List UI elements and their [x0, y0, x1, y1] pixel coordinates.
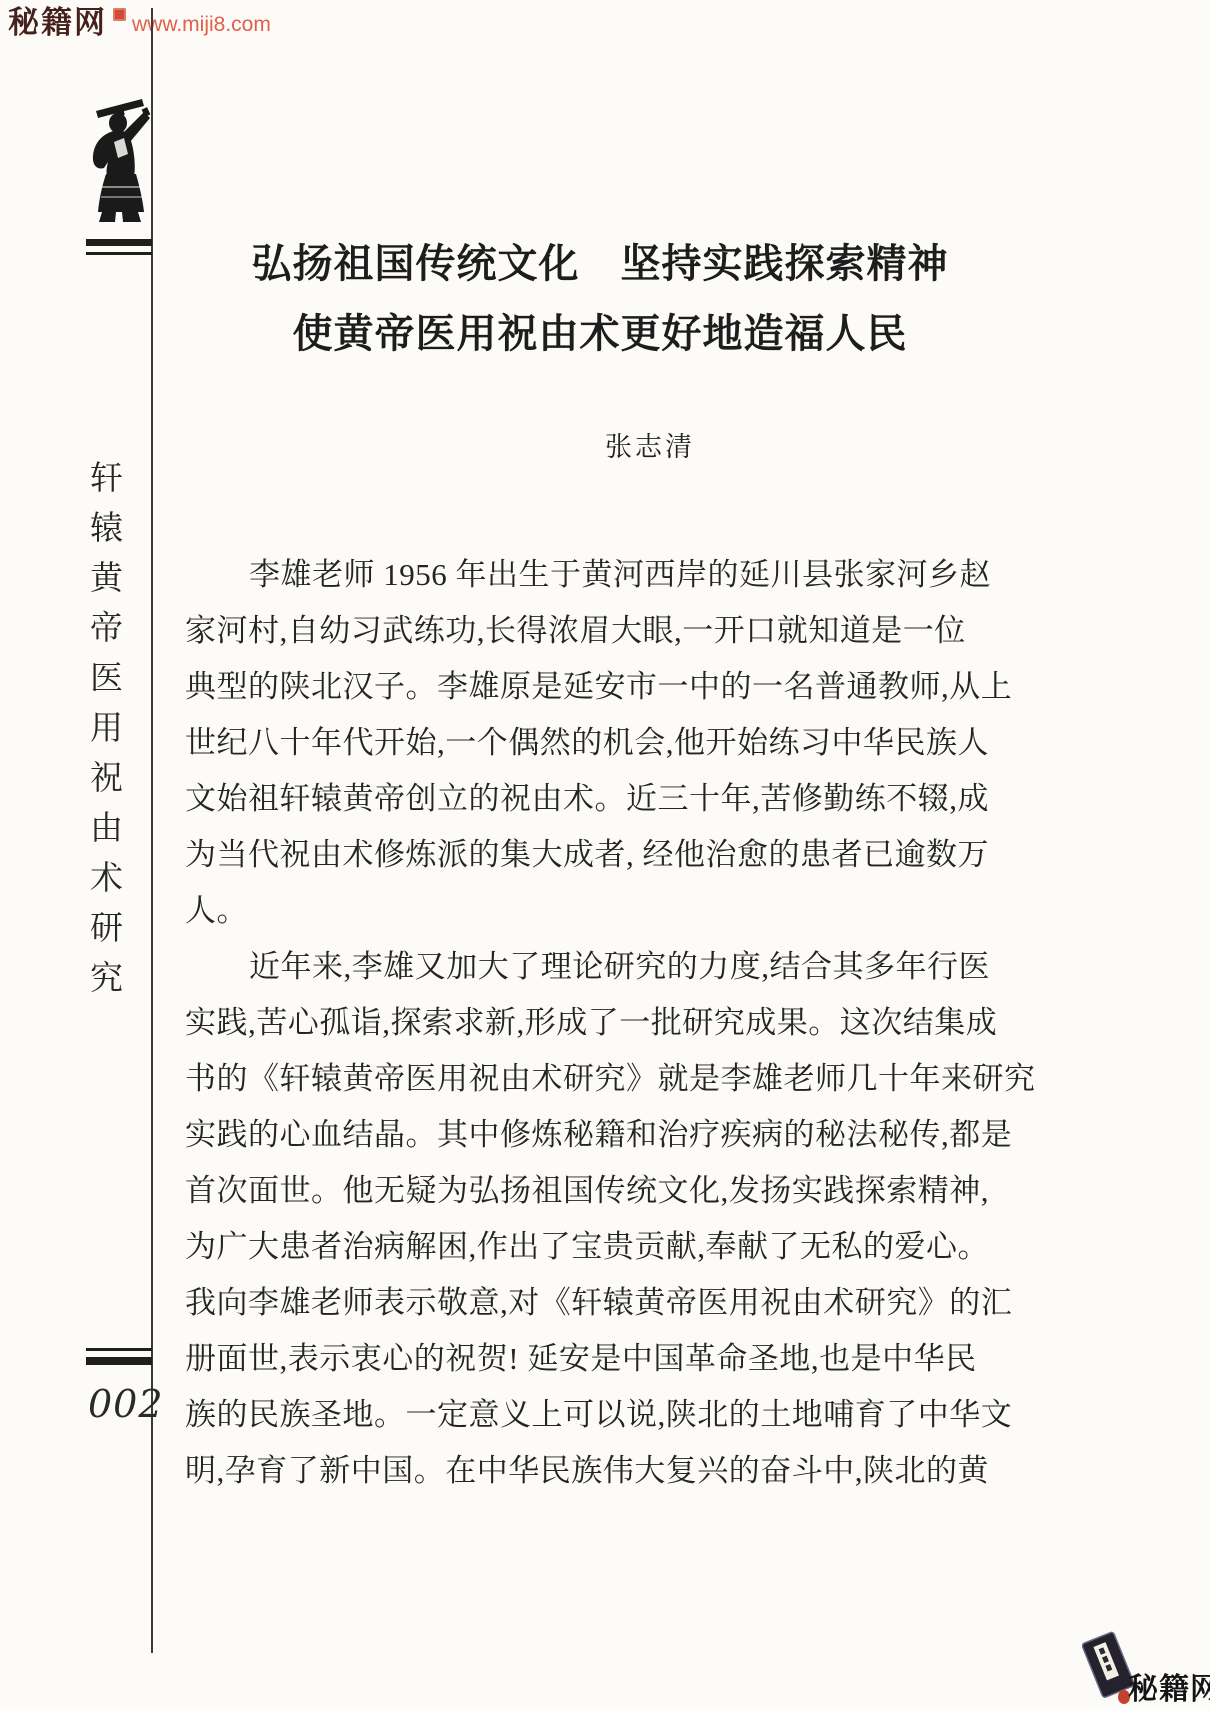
watermark-bottom: 秘籍网 [1082, 1628, 1210, 1709]
body-line: 家河村,自幼习武练功,长得浓眉大眼,一开口就知道是一位 [185, 603, 1017, 659]
watermark-bottom-site-name: 秘籍网 [1128, 1664, 1210, 1708]
body-line: 实践的心血结晶。其中修炼秘籍和治疗疾病的秘法秘传,都是 [185, 1107, 1017, 1163]
decorative-bar-bottom-thin [86, 1348, 152, 1351]
watermark-seal-icon [113, 8, 126, 21]
body-line: 明,孕育了新中国。在中华民族伟大复兴的奋斗中,陕北的黄 [185, 1443, 1017, 1499]
body-line: 文始祖轩辕黄帝创立的祝由术。近三十年,苦修勤练不辍,成 [185, 771, 1017, 827]
article-author: 张志清 [235, 425, 1065, 464]
body-line: 人。 [185, 883, 1017, 939]
body-line: 我向李雄老师表示敬意,对《轩辕黄帝医用祝由术研究》的汇 [185, 1275, 1017, 1331]
body-line: 书的《轩辕黄帝医用祝由术研究》就是李雄老师几十年来研究 [185, 1051, 1017, 1107]
body-line: 为广大患者治病解困,作出了宝贵贡献,奉献了无私的爱心。 [185, 1219, 1017, 1275]
article-title-line2: 使黄帝医用祝由术更好地造福人民 [185, 302, 1015, 359]
article-body: 李雄老师 1956 年出生于黄河西岸的延川县张家河乡赵 家河村,自幼习武练功,长… [185, 547, 1017, 1499]
emperor-figure-icon [86, 96, 152, 224]
decorative-bar-top-thin [86, 252, 152, 255]
body-line: 李雄老师 1956 年出生于黄河西岸的延川县张家河乡赵 [185, 547, 1017, 603]
watermark-site-name: 秘籍网 [8, 4, 107, 42]
body-line: 典型的陕北汉子。李雄原是延安市一中的一名普通教师,从上 [185, 659, 1017, 715]
body-line: 近年来,李雄又加大了理论研究的力度,结合其多年行医 [185, 939, 1017, 995]
decorative-bar-top-thick [86, 239, 152, 246]
body-line: 族的民族圣地。一定意义上可以说,陕北的土地哺育了中华文 [185, 1387, 1017, 1443]
watermark-top: 秘籍网 www.miji8.com [8, 4, 271, 42]
body-line: 实践,苦心孤诣,探索求新,形成了一批研究成果。这次结集成 [185, 995, 1017, 1051]
sidebar-book-title-vertical: 轩辕黄帝医用祝由术研究 [83, 460, 127, 1030]
page-number: 002 [88, 1382, 148, 1426]
body-line: 首次面世。他无疑为弘扬祖国传统文化,发扬实践探索精神, [185, 1163, 1017, 1219]
body-line: 为当代祝由术修炼派的集大成者, 经他治愈的患者已逾数万 [185, 827, 1017, 883]
body-line: 世纪八十年代开始,一个偶然的机会,他开始练习中华民族人 [185, 715, 1017, 771]
book-page-scan: 秘籍网 www.miji8.com [0, 0, 1210, 1709]
decorative-bar-bottom-thick [86, 1357, 152, 1365]
body-line: 册面世,表示衷心的祝贺! 延安是中国革命圣地,也是中华民 [185, 1331, 1017, 1387]
article-title-line1: 弘扬祖国传统文化 坚持实践探索精神 [185, 232, 1015, 289]
